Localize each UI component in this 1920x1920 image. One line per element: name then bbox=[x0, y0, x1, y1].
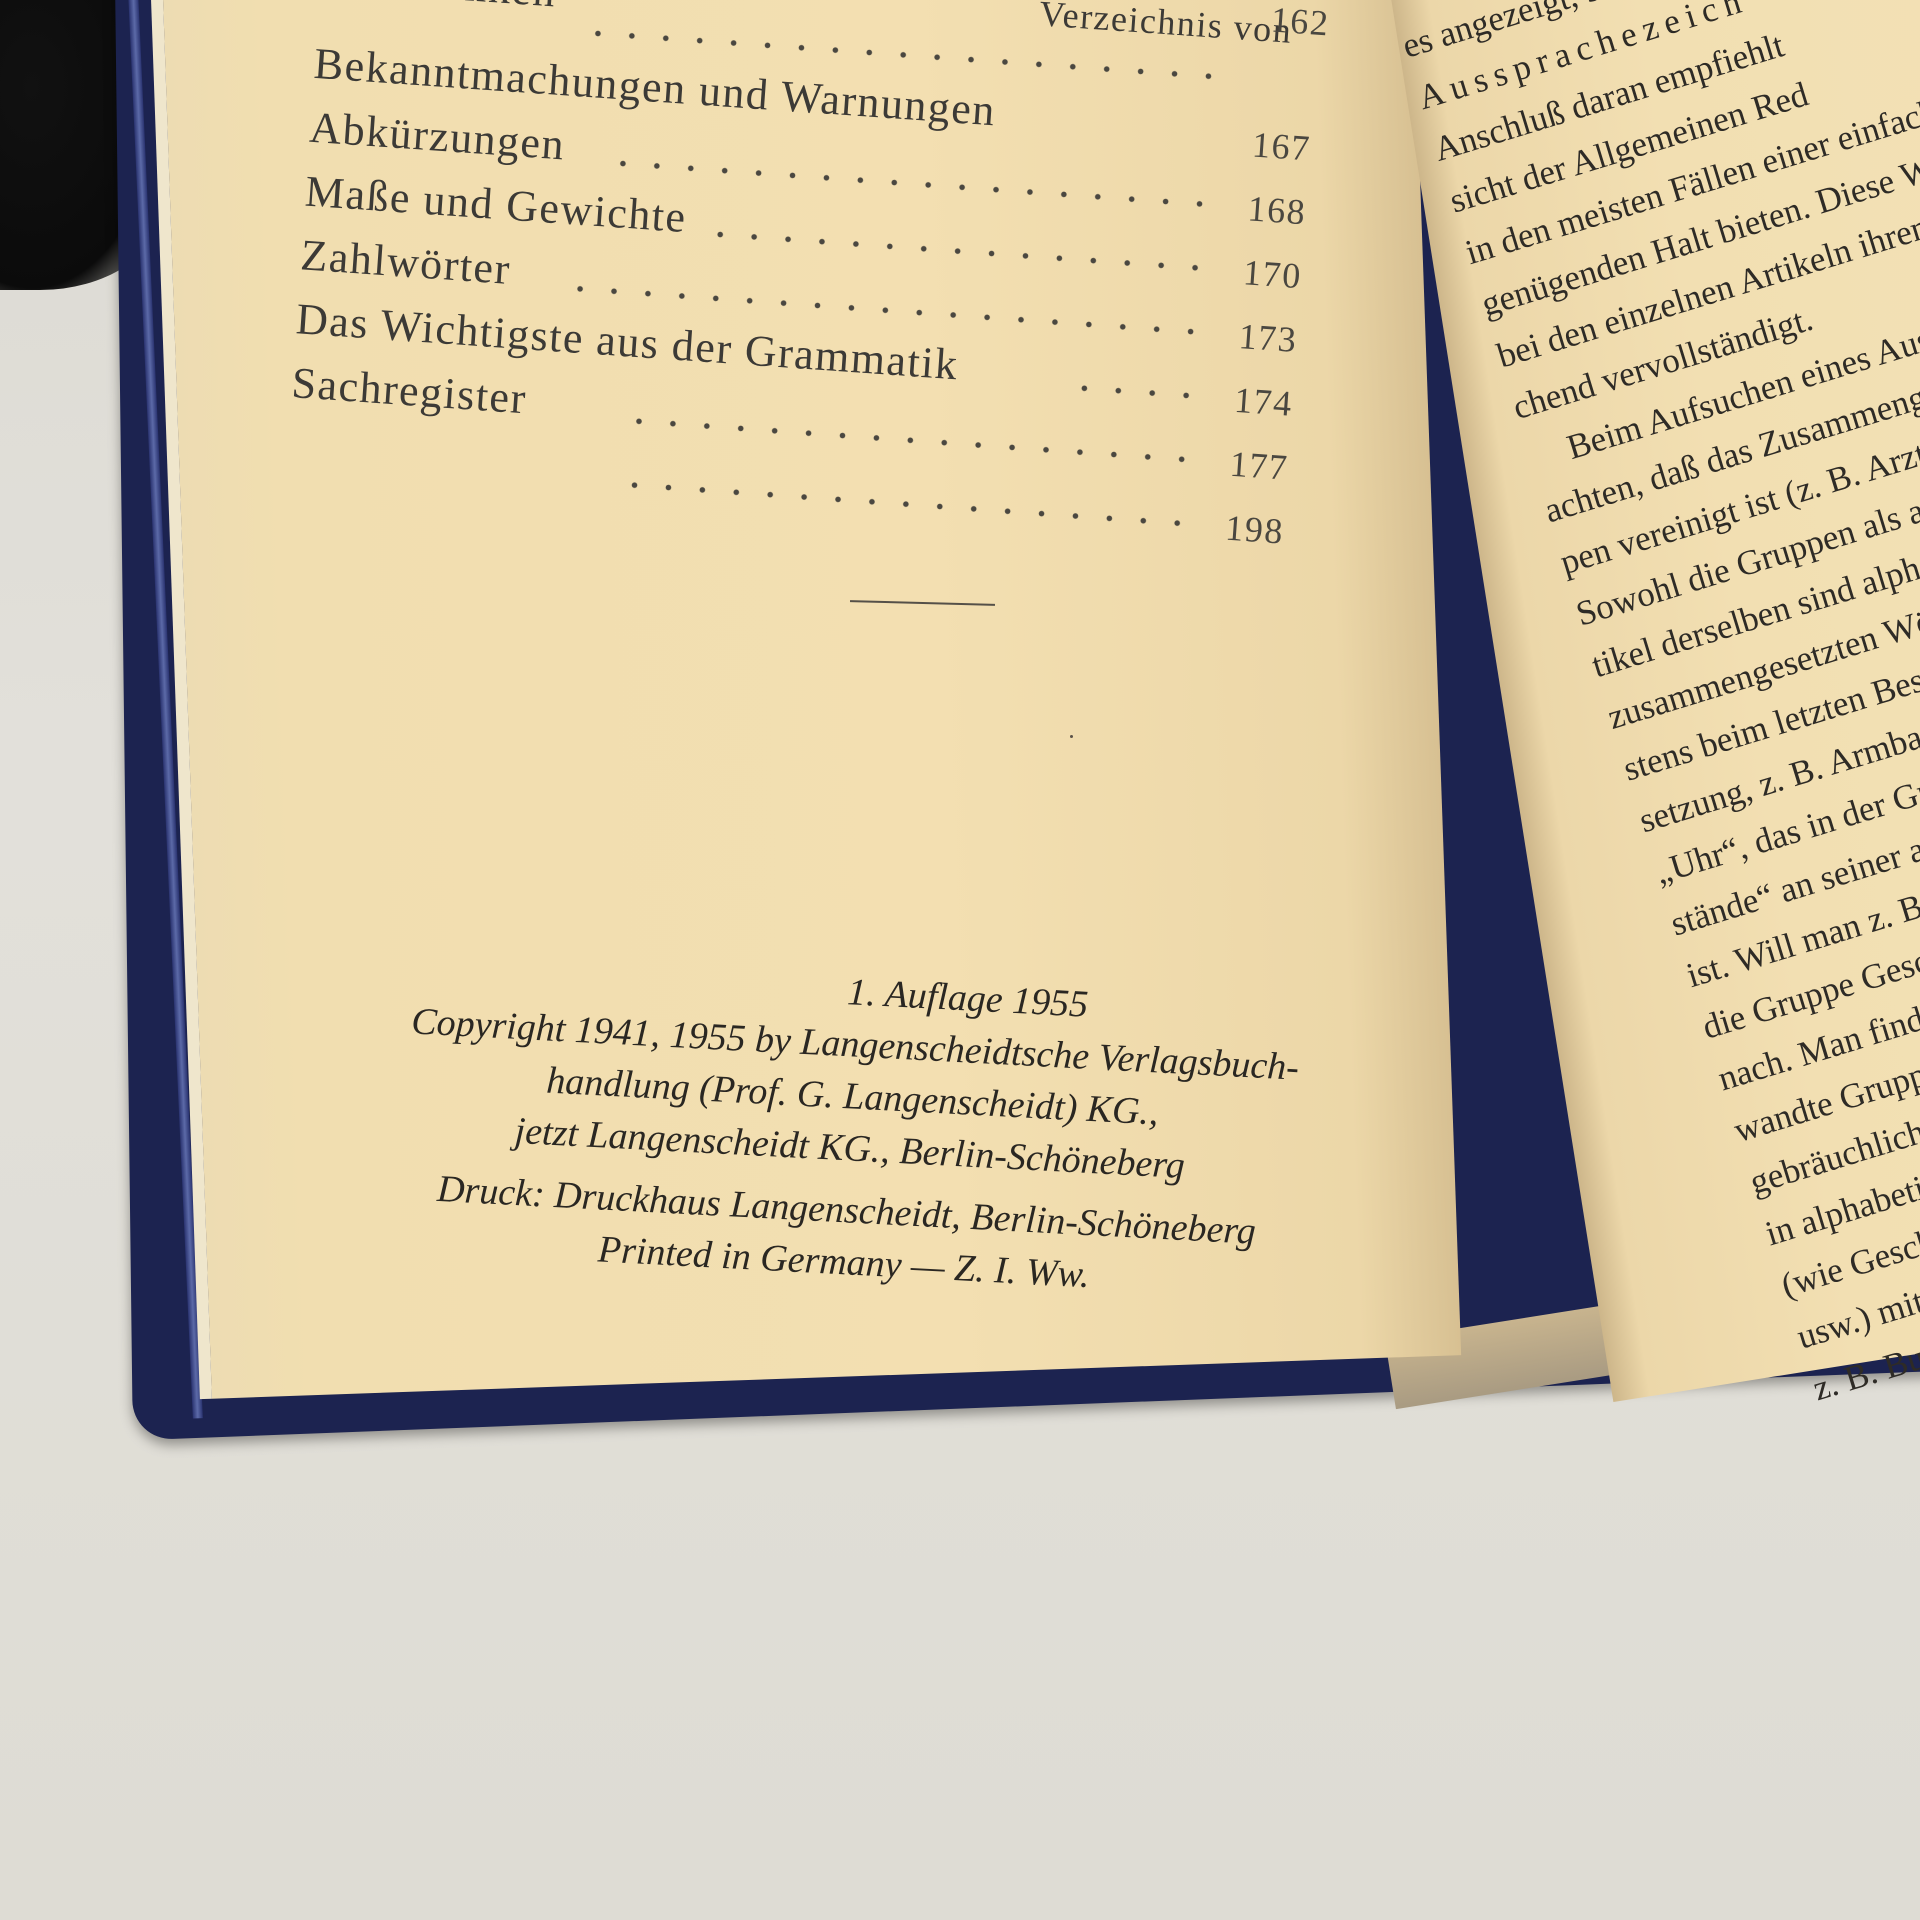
toc-entry-page: 167 bbox=[1251, 123, 1312, 169]
toc-fragment-left: Getränken bbox=[358, 0, 558, 17]
table-of-contents: Getränken Verzeichnis von 162 Bekanntmac… bbox=[285, 0, 1318, 555]
toc-entry-page: 174 bbox=[1233, 379, 1294, 425]
toc-page-fragment: 162 bbox=[1270, 0, 1331, 44]
toc-fragment-right: Verzeichnis von bbox=[1038, 0, 1294, 52]
paper-speck bbox=[1070, 735, 1073, 738]
leader-dots bbox=[1063, 383, 1203, 401]
toc-entry-page: 198 bbox=[1224, 507, 1285, 553]
toc-entry-page: 168 bbox=[1246, 187, 1307, 233]
toc-entry-page: 177 bbox=[1229, 443, 1290, 489]
imprint-block: 1. Auflage 1955 Copyright 1941, 1955 by … bbox=[333, 940, 1368, 1315]
toc-entry-page: 173 bbox=[1237, 315, 1298, 361]
toc-entry-page: 170 bbox=[1242, 251, 1303, 297]
